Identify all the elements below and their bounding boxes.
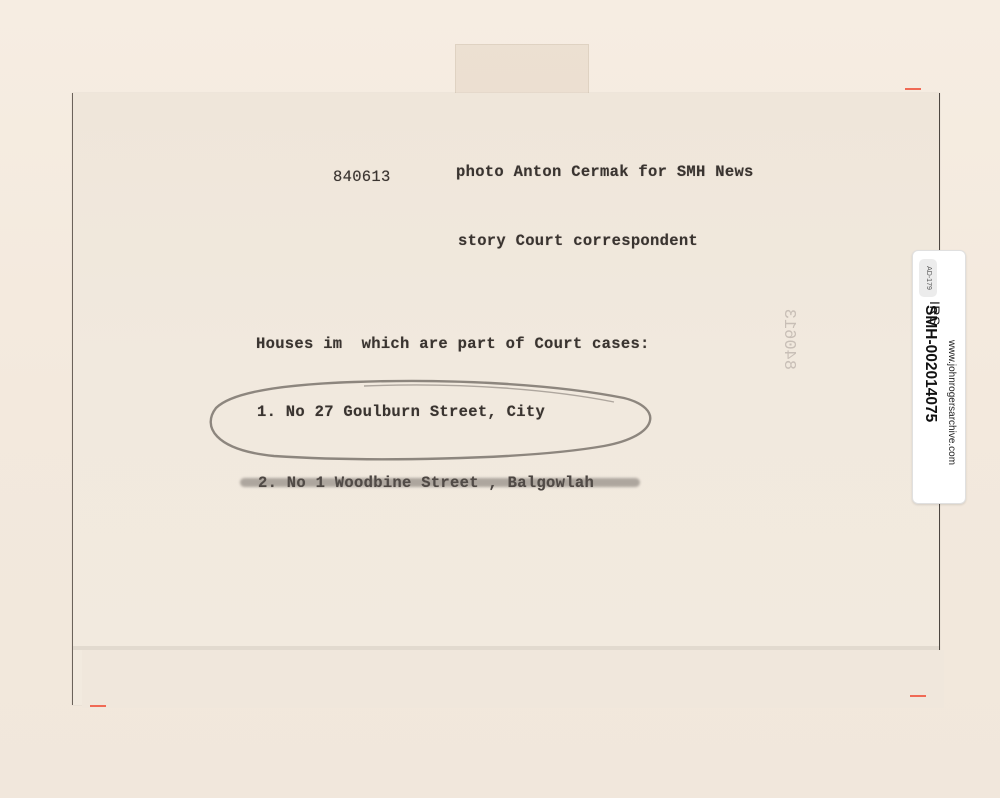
sheet-fold (82, 650, 944, 708)
story-line: story Court correspondent (458, 232, 698, 250)
website-wrap: www.johnrogersarchive.com (941, 340, 961, 500)
crop-mark-top-right (905, 88, 921, 90)
crop-mark-bottom-left (90, 705, 106, 707)
sticker-code: AD-179 (919, 259, 937, 297)
list-heading: Houses im which are part of Court cases: (256, 335, 650, 353)
reference-number: 840613 (333, 168, 391, 186)
crop-mark-bottom-right (910, 695, 926, 697)
catalog-id: SMH-00201407​5 (921, 305, 939, 422)
pencil-strikethrough (240, 478, 640, 487)
archive-website: www.johnrogersarchive.com (946, 340, 957, 465)
catalog-id-wrap: SMH-00201407​5 (915, 305, 941, 495)
list-item: 1. No 27 Goulburn Street, City (257, 403, 545, 421)
credit-line: photo Anton Cermak for SMH News (456, 163, 754, 181)
bleed-through-text: 840613 (779, 309, 798, 370)
